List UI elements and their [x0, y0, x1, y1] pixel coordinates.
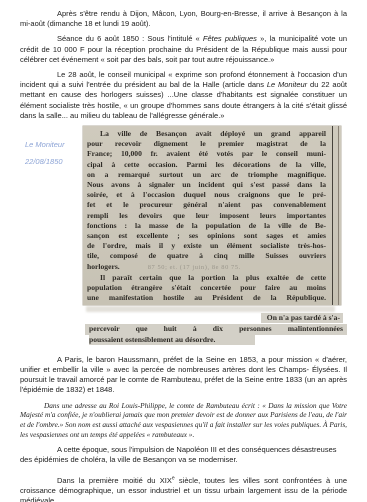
clipping-line: fet et le procureur général n'aient pas … — [83, 200, 341, 210]
clipping-line: pour recevoir dignement le premier magis… — [83, 139, 341, 149]
newspaper-clipping: La ville de Besançon avait déployé un gr… — [83, 126, 341, 347]
para-haussmann: A Paris, le baron Haussmann, préfet de l… — [20, 355, 347, 396]
clipping-faded-line — [86, 306, 335, 312]
source-caption: Le Moniteur 22/08/1850 — [0, 126, 83, 347]
clipping-line: Nous avons à signaler un incident qui s'… — [83, 180, 341, 190]
clipping-line: une manifestation hostile au Président d… — [83, 293, 341, 303]
bottom-paragraphs: A Paris, le baron Haussmann, préfet de l… — [20, 355, 347, 502]
clipping-line: Il paraît certain que la portion la plus… — [83, 273, 341, 283]
document-page: Après s'être rendu à Dijon, Mâcon, Lyon,… — [0, 0, 367, 502]
clipping-line: cipal à cette occasion. Parmi les décora… — [83, 160, 341, 170]
clipping-line: soirée, et à l'occasion duquel nous crai… — [83, 190, 341, 200]
para-arrivee-besancon: Après s'être rendu à Dijon, Mâcon, Lyon,… — [20, 9, 347, 29]
para-napoleon-iii: A cette époque, sous l'impulsion de Napo… — [20, 445, 347, 465]
clipping-highlight-strip: On n'a pas tardé à s'a-percevoir que hui… — [85, 313, 347, 346]
para-28-aout: Le 28 août, le conseil municipal « expri… — [20, 70, 347, 121]
clipping-line: population étrangère s'était concertée p… — [83, 283, 341, 293]
clipping-line: La ville de Besançon avait déployé un gr… — [83, 129, 341, 139]
clipping-line: fonctions : la masse de la population de… — [83, 221, 341, 231]
para-citation-rambuteau: Dans une adresse au Roi Louis-Philippe, … — [20, 401, 347, 440]
clipping-strip-line: poussaient ostensiblement au désordre. — [85, 335, 347, 346]
clipping-line: on a remarqué surtout un arc de triomphe… — [83, 170, 341, 180]
clipping-strip-line: percevoir que huit à dix personnes malin… — [85, 324, 347, 335]
source-date: 22/08/1850 — [25, 157, 83, 166]
clipping-line: horlogers.87 50; et. (17 juin), 8e 80 75… — [83, 262, 341, 273]
clipping-line: tile, composé de quatre à cinq mille Sui… — [83, 251, 341, 261]
source-name: Le Moniteur — [25, 140, 83, 149]
clipping-line: de l'ordre, mais il y existe un élément … — [83, 241, 341, 251]
clipping-line: rempli les devoirs que leur imposent leu… — [83, 211, 341, 221]
top-paragraphs: Après s'être rendu à Dijon, Mâcon, Lyon,… — [20, 9, 347, 121]
para-seance-6-aout: Séance du 6 août 1850 : Sous l'intitulé … — [20, 34, 347, 65]
newspaper-clipping-figure: Le Moniteur 22/08/1850 La ville de Besan… — [0, 126, 367, 347]
reverse-side-bleed-text: 87 50; et. (17 juin), 8e 80 75. — [120, 264, 241, 271]
clipping-line: France; 10,000 fr. avaient été votés par… — [83, 149, 341, 159]
clipping-main-column: La ville de Besançon avait déployé un gr… — [83, 126, 341, 305]
para-xixe-siecle: Dans la première moitié du XIXe siècle, … — [20, 476, 347, 502]
clipping-line: sançon est excellente ; ses opinions son… — [83, 231, 341, 241]
clipping-strip-line: On n'a pas tardé à s'a- — [85, 313, 347, 324]
